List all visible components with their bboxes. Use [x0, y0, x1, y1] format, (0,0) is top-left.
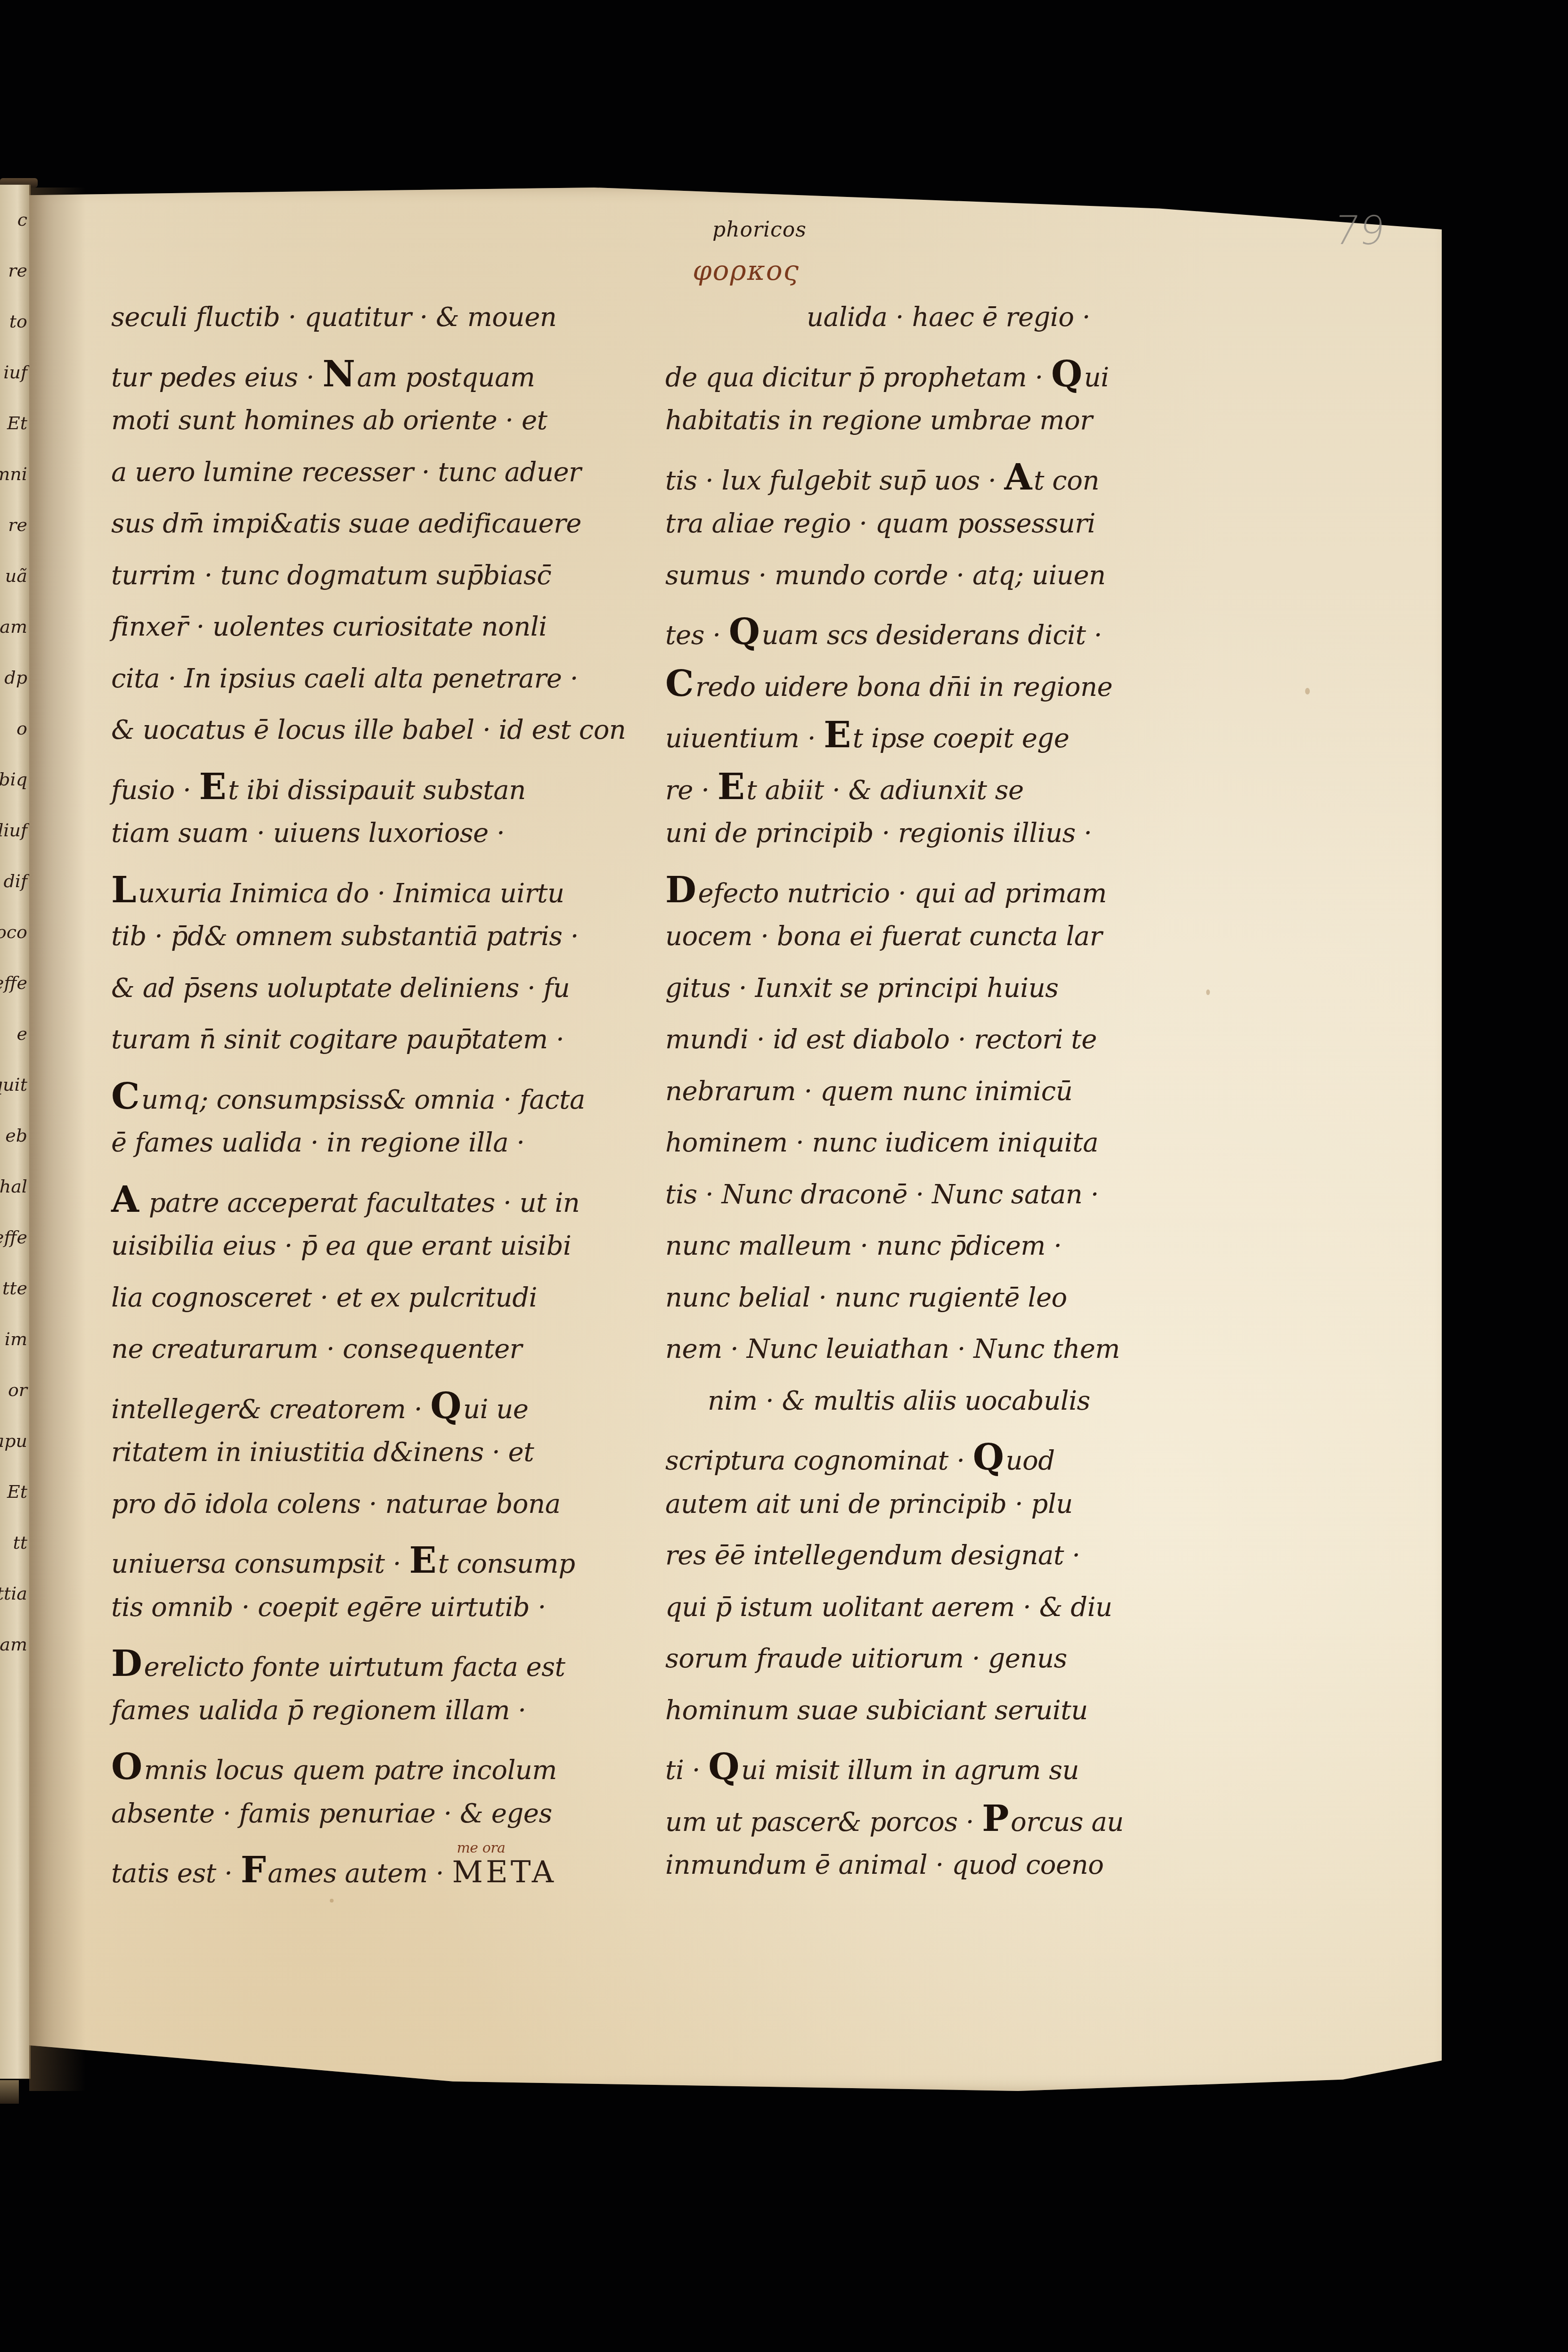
manuscript-line: de qua dicitur p̄ prophetam · Qui: [665, 356, 1207, 408]
manuscript-line: nem · Nunc leuiathan · Nunc them: [665, 1336, 1207, 1388]
line-text: finxer̄ · uolentes curiositate nonli: [111, 612, 547, 642]
manuscript-line: gitus · Iunxit se principi huius: [665, 975, 1207, 1027]
line-text: tatis est ·: [111, 1858, 232, 1889]
line-text: hominem · nunc iudicem iniquita: [665, 1127, 1098, 1158]
manuscript-line: seculi fluctib · quatitur · & mouen: [111, 304, 639, 356]
line-text: absente · famis penuriae · & eges: [111, 1798, 552, 1829]
line-text: ualida · haec ē regio ·: [807, 302, 1090, 333]
line-text: sus dm̄ impi&atis suae aedificauere: [111, 508, 581, 539]
line-text: intelleger& creatorem ·: [111, 1394, 422, 1425]
text-column-left: seculi fluctib · quatitur · & mouentur p…: [111, 304, 639, 1904]
folio-number-pencil: 79: [1331, 207, 1388, 253]
facing-page-text-fragment: Et: [7, 1483, 27, 1501]
line-text: lia cognosceret · et ex pulcritudi: [111, 1282, 537, 1313]
capital-initial: C: [111, 1075, 139, 1117]
capital-initial: O: [111, 1746, 142, 1788]
line-text: tis omnib · coepit egēre uirtutib ·: [111, 1592, 546, 1623]
line-text: res ēē intellegendum designat ·: [665, 1540, 1080, 1571]
line-text-continuation: ui: [1084, 362, 1109, 393]
text-column-right: ualida · haec ē regio ·de qua dicitur p̄…: [665, 304, 1207, 1904]
facing-page-text-fragment: dif: [3, 872, 27, 890]
manuscript-line: uocem · bona ei fuerat cuncta lar: [665, 923, 1207, 975]
manuscript-line: fusio · Et ibi dissipauit substan: [111, 769, 639, 821]
line-text: uniuersa consumpsit ·: [111, 1549, 401, 1579]
manuscript-line: nim · & multis aliis uocabulis: [665, 1388, 1207, 1440]
facing-page-text-fragment: filiuf: [0, 821, 27, 839]
manuscript-line: res ēē intellegendum designat ·: [665, 1543, 1207, 1594]
line-text-continuation: orcus au: [1011, 1807, 1124, 1837]
facing-page-text-fragment: effe: [0, 974, 27, 992]
manuscript-line: ti · Qui misit illum in agrum su: [665, 1749, 1207, 1801]
line-text: mundi · id est diabolo · rectori te: [665, 1024, 1097, 1055]
line-text: uisibilia eius · p̄ ea que erant uisibi: [111, 1231, 572, 1261]
line-text: nunc malleum · nunc p̄dicem ·: [665, 1231, 1062, 1261]
line-text: nebrarum · quem nunc inimicū: [665, 1076, 1072, 1107]
interlinear-gloss: me ora: [457, 1841, 505, 1855]
facing-page-text-fragment: mni: [0, 465, 27, 483]
manuscript-line: qui p̄ istum uolitant aerem · & diu: [665, 1594, 1207, 1646]
line-text: seculi fluctib · quatitur · & mouen: [111, 302, 556, 333]
line-text-continuation: mnis locus quem patre incolum: [144, 1755, 557, 1786]
line-text: a uero lumine recesser · tunc aduer: [111, 457, 581, 488]
line-text: tra aliae regio · quam possessuri: [665, 508, 1095, 539]
running-head: phoricos: [712, 218, 807, 242]
facing-page-text-fragment: c: [17, 211, 27, 229]
manuscript-line: pro dō idola colens · naturae bona: [111, 1491, 639, 1543]
line-text-continuation: erelicto fonte uirtutum facta est: [144, 1652, 565, 1682]
capital-initial: F: [241, 1849, 266, 1891]
facing-page-text-fragment: o: [16, 719, 27, 737]
line-text-continuation: efecto nutricio · qui ad primam: [698, 878, 1106, 909]
manuscript-line: uni de principib · regionis illius ·: [665, 820, 1207, 872]
line-text: nunc belial · nunc rugientē leo: [665, 1282, 1067, 1313]
manuscript-line: turam n̄ sinit cogitare paup̄tatem ·: [111, 1027, 639, 1078]
manuscript-line: inmundum ē animal · quod coeno: [665, 1852, 1207, 1904]
facing-page-text-fragment: ni im: [0, 1330, 27, 1348]
manuscript-line: tes · Quam scs desiderans dicit ·: [665, 614, 1207, 666]
manuscript-line: sus dm̄ impi&atis suae aedificauere: [111, 511, 639, 563]
line-text: turam n̄ sinit cogitare paup̄tatem ·: [111, 1024, 564, 1055]
manuscript-line: Credo uidere bona dn̄i in regione: [665, 666, 1207, 718]
facing-page-text-fragment: ttia: [0, 1584, 27, 1602]
facing-page-text-fragment: re: [8, 261, 27, 279]
line-text: re ·: [665, 775, 710, 806]
line-text: fusio ·: [111, 775, 191, 806]
ink-speck: [1305, 688, 1310, 694]
line-text: tur pedes eius ·: [111, 362, 314, 393]
line-text-continuation: am postquam: [357, 362, 535, 393]
capital-initial: A: [111, 1178, 139, 1220]
capital-initial: E: [824, 714, 850, 756]
line-text-continuation: redo uidere bona dn̄i in regione: [695, 672, 1112, 702]
manuscript-line: ne creaturarum · consequenter: [111, 1336, 639, 1388]
capital-initial: C: [665, 662, 694, 704]
facing-page-text-fragment: &effe: [0, 1228, 27, 1246]
line-text: habitatis in regione umbrae mor: [665, 405, 1092, 436]
manuscript-line: Omnis locus quem patre incolum: [111, 1749, 639, 1801]
facing-page-text-fragment: oco: [0, 923, 27, 941]
manuscript-line: tra aliae regio · quam possessuri: [665, 511, 1207, 563]
line-text: moti sunt homines ab oriente · et: [111, 405, 547, 436]
capital-initial: Q: [708, 1746, 739, 1788]
manuscript-line: tib · p̄d& omnem substantiā patris ·: [111, 923, 639, 975]
facing-page-text-fragment: tt: [13, 1534, 27, 1552]
capital-initial: Q: [1051, 353, 1082, 395]
line-text-continuation: uam scs desiderans dicit ·: [762, 620, 1102, 651]
manuscript-line: Derelicto fonte uirtutum facta est: [111, 1646, 639, 1698]
line-text: fames ualida p̄ regionem illam ·: [111, 1695, 526, 1726]
capital-initial: D: [665, 869, 696, 911]
line-text: um ut pascer& porcos ·: [665, 1807, 974, 1837]
line-text-continuation: t abiit · & adiunxit se: [746, 775, 1023, 806]
line-text: tes ·: [665, 620, 720, 651]
binding-edge-bottom: [0, 2080, 19, 2104]
manuscript-line: uisibilia eius · p̄ ea que erant uisibi: [111, 1233, 639, 1285]
line-text-continuation: uxuria Inimica do · Inimica uirtu: [138, 878, 564, 909]
capital-initial: P: [982, 1797, 1009, 1839]
manuscript-line: nebrarum · quem nunc inimicū: [665, 1078, 1207, 1130]
manuscript-line: lia cognosceret · et ex pulcritudi: [111, 1285, 639, 1337]
manuscript-line: ritatem in iniustitia d&inens · et: [111, 1439, 639, 1491]
capital-initial: Q: [973, 1436, 1004, 1478]
manuscript-line: tiam suam · uiuens luxoriose ·: [111, 820, 639, 872]
line-text: cita · In ipsius caeli alta penetrare ·: [111, 663, 578, 694]
line-text: ē fames ualida · in regione illa ·: [111, 1127, 525, 1158]
line-text: hominum suae subiciant seruitu: [665, 1695, 1088, 1726]
capital-initial: L: [111, 869, 136, 911]
manuscript-line: A patre acceperat facultates · ut in: [111, 1182, 639, 1233]
line-text-continuation: umq; consumpsiss& omnia · facta: [141, 1085, 585, 1115]
line-text: nim · & multis aliis uocabulis: [708, 1386, 1090, 1416]
manuscript-line: moti sunt homines ab oriente · et: [111, 408, 639, 459]
facing-page-text-fragment: biq: [0, 770, 27, 788]
manuscript-line: um ut pascer& porcos · Porcus au: [665, 1801, 1207, 1853]
manuscript-line: tis · lux fulgebit sup̄ uos · At con: [665, 459, 1207, 511]
line-text: tib · p̄d& omnem substantiā patris ·: [111, 921, 579, 952]
manuscript-line: nunc belial · nunc rugientē leo: [665, 1285, 1207, 1337]
manuscript-line: turrim · tunc dogmatum sup̄biasc̄: [111, 563, 639, 614]
manuscript-line: nunc malleum · nunc p̄dicem ·: [665, 1233, 1207, 1285]
facing-page-text-fragment: or: [8, 1381, 27, 1399]
line-text: de qua dicitur p̄ prophetam ·: [665, 362, 1043, 393]
facing-page-text-fragment: e: [17, 1025, 28, 1043]
greek-gloss-rubric: φορκος: [693, 254, 800, 286]
line-text: gitus · Iunxit se principi huius: [665, 973, 1058, 1004]
line-text-continuation: ui ue: [463, 1394, 528, 1425]
line-text-continuation: ames autem ·: [268, 1858, 444, 1889]
facing-page-text-fragment: to: [9, 312, 27, 330]
manuscript-line: absente · famis penuriae · & eges: [111, 1801, 639, 1853]
manuscript-line: ē fames ualida · in regione illa ·: [111, 1130, 639, 1182]
manuscript-line: a uero lumine recesser · tunc aduer: [111, 459, 639, 511]
line-text: tis · Nunc draconē · Nunc satan ·: [665, 1179, 1099, 1210]
line-text-continuation: t ibi dissipauit substan: [228, 775, 526, 806]
line-text: uni de principib · regionis illius ·: [665, 818, 1092, 849]
manuscript-line: habitatis in regione umbrae mor: [665, 408, 1207, 459]
capital-initial: Q: [430, 1385, 461, 1427]
line-text: tiam suam · uiuens luxoriose ·: [111, 818, 505, 849]
facing-page-text-fragment: eb: [5, 1127, 27, 1144]
facing-page-text-fragment: dp: [4, 669, 27, 686]
line-text: qui p̄ istum uolitant aerem · & diu: [665, 1592, 1112, 1623]
line-text: ritatem in iniustitia d&inens · et: [111, 1437, 534, 1468]
manuscript-line: tis omnib · coepit egēre uirtutib ·: [111, 1594, 639, 1646]
line-text: inmundum ē animal · quod coeno: [665, 1850, 1103, 1880]
manuscript-line: & ad p̄sens uoluptate deliniens · fu: [111, 975, 639, 1027]
line-text-continuation: uod: [1005, 1445, 1054, 1476]
line-text: & ad p̄sens uoluptate deliniens · fu: [111, 973, 570, 1004]
line-text: turrim · tunc dogmatum sup̄biasc̄: [111, 560, 551, 591]
facing-page-text-fragment: tte: [2, 1279, 27, 1297]
capital-initial: N: [322, 353, 355, 395]
manuscript-line: sorum fraude uitiorum · genus: [665, 1646, 1207, 1698]
manuscript-viewer: cretoiufEtmnireuãamdpobiqfiliufdifocoeff…: [0, 0, 1568, 2352]
capital-initial: E: [409, 1539, 436, 1581]
majuscule-word: META: [452, 1855, 556, 1890]
line-text-continuation: t consump: [438, 1549, 575, 1579]
manuscript-line: hominem · nunc iudicem iniquita: [665, 1130, 1207, 1182]
line-text: sorum fraude uitiorum · genus: [665, 1643, 1067, 1674]
line-text: ti ·: [665, 1755, 700, 1786]
manuscript-line: tur pedes eius · Nam postquam: [111, 356, 639, 408]
manuscript-line: autem ait uni de principib · plu: [665, 1491, 1207, 1543]
facing-page-text-fragment: uã: [5, 567, 27, 585]
capital-initial: D: [111, 1642, 142, 1684]
manuscript-line: hominum suae subiciant seruitu: [665, 1698, 1207, 1749]
manuscript-line: Cumq; consumpsiss& omnia · facta: [111, 1078, 639, 1130]
line-text: scriptura cognominat ·: [665, 1445, 964, 1476]
facing-page-text-fragment: re: [8, 516, 27, 534]
manuscript-line: uiuentium · Et ipse coepit ege: [665, 717, 1207, 769]
manuscript-line: re · Et abiit · & adiunxit se: [665, 769, 1207, 821]
facing-page-text-fragment: iuf: [3, 363, 27, 381]
manuscript-line: tatis est · Fames autem · METAme ora: [111, 1852, 639, 1904]
capital-initial: E: [199, 766, 226, 808]
manuscript-line: scriptura cognominat · Quod: [665, 1439, 1207, 1491]
line-text: ne creaturarum · consequenter: [111, 1334, 522, 1364]
manuscript-line: & uocatus ē locus ille babel · id est co…: [111, 717, 639, 769]
line-text: nem · Nunc leuiathan · Nunc them: [665, 1334, 1120, 1364]
line-text: autem ait uni de principib · plu: [665, 1489, 1073, 1519]
manuscript-line: mundi · id est diabolo · rectori te: [665, 1027, 1207, 1078]
line-text-continuation: t ipse coepit ege: [853, 723, 1070, 754]
line-text-continuation: patre acceperat facultates · ut in: [140, 1188, 580, 1218]
manuscript-line: tis · Nunc draconē · Nunc satan ·: [665, 1182, 1207, 1233]
line-text-continuation: ui misit illum in agrum su: [741, 1755, 1079, 1786]
manuscript-line: Luxuria Inimica do · Inimica uirtu: [111, 872, 639, 924]
facing-page-text-fragment: tam: [0, 1635, 27, 1653]
manuscript-line: ualida · haec ē regio ·: [665, 304, 1207, 356]
facing-page-text-fragment: hal: [0, 1177, 27, 1195]
manuscript-line: Defecto nutricio · qui ad primam: [665, 872, 1207, 924]
manuscript-line: fames ualida p̄ regionem illam ·: [111, 1698, 639, 1749]
facing-page-text-fragment: apu: [0, 1432, 27, 1450]
line-text-continuation: t con: [1034, 465, 1099, 496]
manuscript-line: intelleger& creatorem · Qui ue: [111, 1388, 639, 1440]
facing-verso-page-edge: cretoiufEtmnireuãamdpobiqfiliufdifocoeff…: [0, 185, 31, 2079]
line-text: uocem · bona ei fuerat cuncta lar: [665, 921, 1102, 952]
capital-initial: Q: [729, 611, 760, 653]
facing-page-text-fragment: am: [0, 618, 27, 636]
manuscript-line: uniuersa consumpsit · Et consump: [111, 1543, 639, 1594]
manuscript-line: sumus · mundo corde · atq; uiuen: [665, 563, 1207, 614]
line-text: & uocatus ē locus ille babel · id est co…: [111, 715, 626, 745]
manuscript-line: cita · In ipsius caeli alta penetrare ·: [111, 666, 639, 718]
capital-initial: E: [718, 766, 744, 808]
facing-page-text-fragment: quit: [0, 1076, 27, 1094]
manuscript-line: finxer̄ · uolentes curiositate nonli: [111, 614, 639, 666]
line-text: uiuentium ·: [665, 723, 816, 754]
line-text: tis · lux fulgebit sup̄ uos ·: [665, 465, 996, 496]
line-text: pro dō idola colens · naturae bona: [111, 1489, 561, 1519]
facing-page-text-fragment: Et: [7, 414, 27, 432]
capital-initial: A: [1004, 456, 1032, 498]
line-text: sumus · mundo corde · atq; uiuen: [665, 560, 1106, 591]
